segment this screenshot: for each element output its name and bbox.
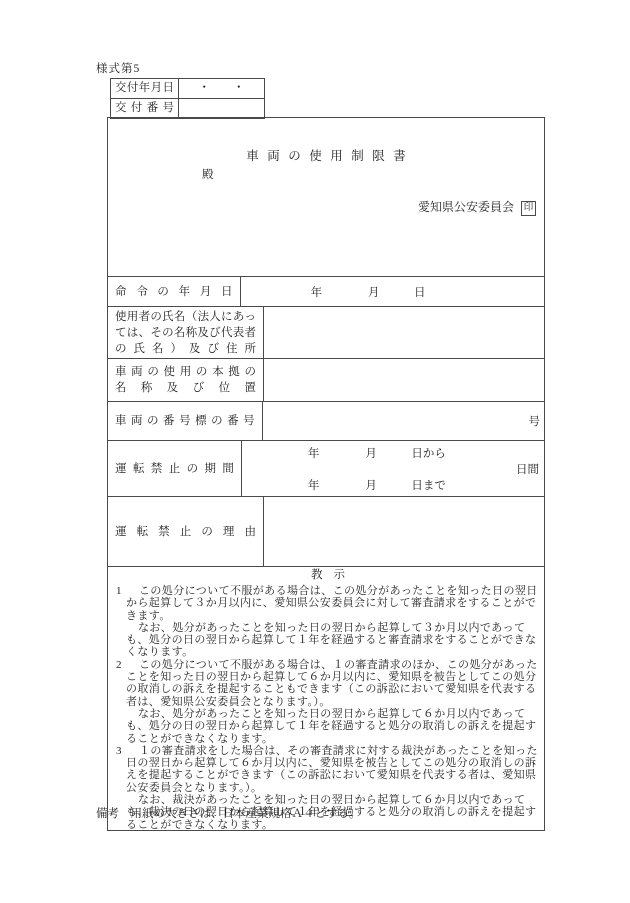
instructions-heading: 教示 (116, 569, 540, 582)
period-from-line: 年 月 日から (308, 445, 544, 461)
user-name-label: 使用者の氏名（法人にあっ ては、その名称及び代表者 の氏名）及び住所 (108, 307, 264, 358)
restriction-form-table: 車両の使用制限書 殿 愛知県公安委員会印 命令の年月日 年 月 日 使用者の氏名… (107, 117, 545, 831)
order-date-value: 年 月 日 (241, 277, 544, 306)
issue-number-label: 交付番号 (111, 99, 179, 118)
plate-number-row: 車両の番号標の番号 号 (108, 401, 544, 440)
prohibition-reason-label: 運転禁止の理由 (108, 497, 264, 566)
document-title: 車両の使用制限書 (108, 146, 544, 164)
plate-number-unit: 号 (263, 402, 544, 440)
issue-table: 交付年月日 ・ ・ 交付番号 (110, 78, 265, 119)
prohibition-reason-value (264, 497, 544, 566)
form-number: 様式第5 (96, 60, 140, 76)
base-location-value (264, 359, 544, 401)
prohibition-period-row: 運転禁止の期間 年 月 日から 年 月 日まで 日間 (108, 440, 544, 496)
issuer-name: 愛知県公安委員会 (418, 200, 514, 214)
issue-number-row: 交付番号 (111, 98, 264, 118)
seal-mark: 印 (521, 201, 536, 216)
period-to-line: 年 月 日まで (308, 477, 544, 493)
instruction-item-2-note: なお、処分があったことを知った日の翌日から起算して６か月以内であって も、処分の… (116, 708, 540, 745)
order-date-label: 命令の年月日 (108, 277, 241, 306)
period-duration-unit: 日間 (516, 461, 539, 477)
base-location-row: 車両の使用の本拠の 名称及び位置 (108, 358, 544, 401)
instruction-item-2-number: 2 (116, 659, 139, 671)
instruction-item-1-note: なお、処分があったことを知った日の翌日から起算して３か月以内であって も、処分の… (116, 622, 540, 659)
instruction-item-1-number: 1 (116, 585, 139, 597)
instruction-item-1-text: この処分について不服がある場合は、この処分があったことを知った日の翌日 から起算… (126, 585, 538, 622)
prohibition-period-value: 年 月 日から 年 月 日まで 日間 (242, 441, 544, 496)
prohibition-reason-row: 運転禁止の理由 (108, 496, 544, 566)
plate-number-label: 車両の番号標の番号 (108, 402, 263, 440)
instructions-section: 教示 1この処分について不服がある場合は、この処分があったことを知った日の翌日 … (108, 566, 544, 830)
issue-date-label: 交付年月日 (111, 79, 179, 98)
user-name-value (264, 307, 544, 358)
issue-date-row: 交付年月日 ・ ・ (111, 79, 264, 98)
base-location-label: 車両の使用の本拠の 名称及び位置 (108, 359, 264, 401)
instruction-item-2: 2この処分について不服がある場合は、１の審査請求のほか、この処分があった ことを… (116, 659, 540, 708)
prohibition-period-label: 運転禁止の期間 (108, 441, 242, 496)
remarks-note: 備考 用紙の大きさは、日本産業規格Ａ４とする。 (96, 805, 361, 821)
instruction-item-3: 3１の審査請求をした場合は、その審査請求に対する裁決があったことを知った 日の翌… (116, 745, 540, 794)
issue-number-value (179, 99, 264, 118)
instruction-item-3-number: 3 (116, 745, 139, 757)
form-document: 様式第5 交付年月日 ・ ・ 交付番号 車両の使用制限書 殿 愛知県公安委員会印… (0, 0, 630, 903)
form-header-block: 車両の使用制限書 殿 愛知県公安委員会印 (108, 146, 544, 276)
addressee-honorific: 殿 (108, 166, 544, 182)
user-name-row: 使用者の氏名（法人にあっ ては、その名称及び代表者 の氏名）及び住所 (108, 306, 544, 358)
instruction-item-1: 1この処分について不服がある場合は、この処分があったことを知った日の翌日 から起… (116, 585, 540, 622)
instruction-item-2-text: この処分について不服がある場合は、１の審査請求のほか、この処分があった ことを知… (126, 659, 538, 708)
issuer-line: 愛知県公安委員会印 (108, 198, 544, 216)
issue-date-value: ・ ・ (179, 79, 264, 98)
order-date-row: 命令の年月日 年 月 日 (108, 276, 544, 306)
instruction-item-3-text: １の審査請求をした場合は、その審査請求に対する裁決があったことを知った 日の翌日… (126, 745, 538, 794)
